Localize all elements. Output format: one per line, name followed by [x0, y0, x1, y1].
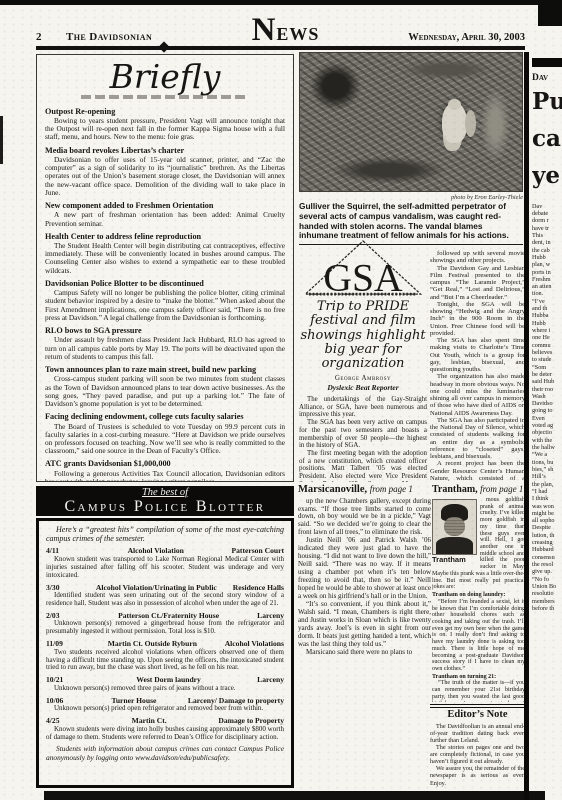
- blotter-entry: 3/30 Alcohol Violation/Urinating in Publ…: [46, 583, 284, 608]
- adjacent-headline-fragment: ca: [532, 121, 562, 158]
- newspaper-page: 2 The Davidsonian News Wednesday, April …: [0, 0, 562, 800]
- article-paragraph: The organization has also made headway i…: [430, 373, 525, 417]
- scan-edge-top: [0, 0, 562, 5]
- marsicanoville-body: up the new Chambers gallery, except duri…: [298, 498, 431, 657]
- paper-name: The Davidsonian: [66, 31, 216, 43]
- squirrel-photo: [299, 52, 523, 192]
- trantham-section: Trantham, from page 1 Trantham mous gold…: [432, 484, 525, 702]
- article-paragraph: We assure you, the remainder of the news…: [430, 765, 525, 786]
- story-title: Trantham,: [432, 484, 478, 495]
- scan-edge-corner: [538, 0, 562, 26]
- trantham-portrait: [432, 499, 477, 555]
- brief-body: The Student Health Center will begin dis…: [45, 242, 285, 275]
- editors-note: Editor’s Note The Davidfoolian is an ann…: [430, 704, 525, 788]
- brief-item: Media board revokes Libertas’s charter D…: [45, 146, 285, 197]
- from-page-label: from page 1: [370, 484, 413, 494]
- article-paragraph: Justin Neill ’06 and Patrick Walsh ’06 i…: [298, 537, 431, 601]
- blotter-description: Unknown person(s) removed a gingerbread …: [46, 620, 284, 636]
- article-paragraph: “Before I’m branded a sexist, let it be …: [432, 599, 525, 673]
- squirrel-figure: [442, 103, 467, 143]
- brief-item: Davidsonian Police Blotter to be discont…: [45, 279, 285, 322]
- gsa-article: GSA Trip to PRIDE festival and film show…: [299, 238, 427, 482]
- trantham-subhead: Trantham on doing laundry:: [432, 592, 525, 599]
- briefly-title: Briefly: [45, 60, 285, 94]
- trantham-caption: Trantham: [432, 555, 477, 564]
- brief-item: Health Center to address feline reproduc…: [45, 232, 285, 275]
- brief-body: Bowing to years student pressure, Presid…: [45, 117, 285, 142]
- adjacent-page-strip: Dav Pu ca ye Dav debate dorm r have tr T…: [532, 58, 562, 800]
- brief-body: Following a generous Activities Tax Coun…: [45, 470, 285, 482]
- blotter-title: Campus Police Blotter: [36, 499, 294, 515]
- article-paragraph: “It’s so convenient, if you think about …: [298, 601, 431, 649]
- brief-item: RLO bows to SGA pressure Under assault b…: [45, 326, 285, 361]
- blotter-entry: 10/06 Turner House Larceny/ Damage to pr…: [46, 696, 284, 713]
- continued-header: Trantham, from page 1: [432, 484, 525, 495]
- photo-credit: photo by Eron Earley-Thiele: [299, 194, 523, 201]
- blotter-description: Known students were diving into holly bu…: [46, 726, 284, 742]
- article-paragraph: up the new Chambers gallery, except duri…: [298, 498, 431, 538]
- article-paragraph: followed up with several movie showings …: [430, 250, 525, 265]
- blotter-intro: Here’s a “greatest hits” compilation of …: [46, 525, 284, 543]
- police-blotter-banner: The best of Campus Police Blotter: [36, 486, 294, 516]
- masthead: 2 The Davidsonian News Wednesday, April …: [36, 14, 525, 47]
- briefly-subtitle-illegible: [81, 95, 249, 99]
- adjacent-header-fragment: Dav: [532, 72, 562, 84]
- gsa-article-col2: followed up with several movie showings …: [430, 250, 525, 482]
- gsa-byline: George Ambrosy: [299, 374, 427, 382]
- shirt-figure: [436, 537, 473, 554]
- blotter-entry: 2/03 Patterson Ct./Fraternity House Larc…: [46, 611, 284, 636]
- brief-item: Outpost Re-opening Bowing to years stude…: [45, 107, 285, 142]
- gsa-article-col1: The undertakings of the Gay-Straight All…: [299, 396, 427, 482]
- blotter-description: Identified student was seen urinating ou…: [46, 592, 284, 608]
- story-title: Marsicanoville,: [298, 484, 367, 495]
- blotter-footer: Students with information about campus c…: [46, 745, 284, 762]
- adjacent-text-fragments: Dav debate dorm r have tr This dent, in …: [532, 203, 562, 613]
- from-page-label: from page 1: [480, 484, 523, 494]
- blotter-description: Known student was transported to Lake No…: [46, 556, 284, 580]
- masthead-rule: [36, 46, 525, 50]
- adjacent-headline-fragment: Pu: [532, 84, 562, 121]
- brief-body: Cross-campus student parking will soon b…: [45, 375, 285, 408]
- section-title: News: [216, 14, 355, 47]
- page-number: 2: [36, 31, 66, 43]
- article-paragraph: The stories on pages one and two are com…: [430, 744, 525, 765]
- blotter-entry: 4/11 Alcohol Violation Patterson Court K…: [46, 546, 284, 579]
- trantham-photo: Trantham: [432, 499, 477, 564]
- continued-header: Marsicanoville, from page 1: [298, 484, 431, 496]
- page-gutter: [524, 52, 529, 800]
- gsa-headline: Trip to PRIDE festival and film showings…: [299, 300, 427, 371]
- article-paragraph: The first meeting began with the adoptio…: [299, 450, 427, 482]
- brief-body: Campus Safety will no longer be publishi…: [45, 289, 285, 322]
- trantham-body: Trantham mous goldfish prank of animal c…: [432, 497, 525, 702]
- editors-note-title: Editor’s Note: [430, 709, 525, 722]
- brief-item: New component added to Freshmen Orientat…: [45, 201, 285, 228]
- adjacent-headline-fragment: ye: [532, 158, 562, 195]
- brief-body: Under assault by freshmen class Presiden…: [45, 336, 285, 361]
- blotter-entry: 11/09 Martin Ct. Outside Ryburn Alcohol …: [46, 639, 284, 672]
- blotter-description: Unknown person(s) pried open refrigerato…: [46, 705, 284, 713]
- svg-text:GSA: GSA: [323, 256, 403, 299]
- blotter-entry: 10/21 West Dorm laundry Larceny Unknown …: [46, 675, 284, 692]
- blotter-location: Larceny: [257, 675, 284, 684]
- brief-body: The Board of Trustees is scheduled to vo…: [45, 423, 285, 456]
- scan-mark-left: [0, 116, 3, 164]
- article-paragraph: The Davidson Gay and Lesbian Film Festiv…: [430, 265, 525, 301]
- article-paragraph: The SGA has also participated in the Nat…: [430, 417, 525, 461]
- article-paragraph: Marsicano said there were no plans to: [298, 649, 431, 657]
- article-paragraph: The SGA has been very active on campus f…: [299, 419, 427, 450]
- face-figure: [444, 517, 465, 536]
- blotter-description: Unknown person(s) removed three pairs of…: [46, 685, 284, 693]
- brief-heading: Facing declining endowment, college cuts…: [45, 412, 285, 422]
- brief-body: Davidsonian to offer uses of 15-year old…: [45, 156, 285, 197]
- editors-note-body: The Davidfoolian is an annual end-of-yea…: [430, 723, 525, 787]
- marsicanoville-section: Marsicanoville, from page 1 up the new C…: [298, 484, 431, 790]
- article-paragraph: A recent project has been the Gender Res…: [430, 460, 525, 482]
- gsa-byline-title: Dyslexic Beat Reporter: [299, 383, 427, 392]
- article-paragraph: “The truth of the matter is—if you can r…: [432, 680, 525, 702]
- article-paragraph: The Davidfoolian is an annual end-of-yea…: [430, 723, 525, 744]
- issue-date: Wednesday, April 30, 2003: [355, 32, 525, 43]
- article-paragraph: Tonight, the SGA will be showing “Hedwig…: [430, 301, 525, 337]
- blotter-description: Two students received alcohol violations…: [46, 649, 284, 673]
- article-paragraph: The SGA has also spent time making visit…: [430, 337, 525, 373]
- article-paragraph: The undertakings of the Gay-Straight All…: [299, 396, 427, 419]
- brief-item: Facing declining endowment, college cuts…: [45, 412, 285, 455]
- brief-item: Town announces plan to raze main street,…: [45, 365, 285, 408]
- adjacent-rule: [532, 58, 562, 67]
- briefly-section: Briefly Outpost Re-opening Bowing to yea…: [36, 54, 294, 482]
- brief-body: A new part of freshman orientation has b…: [45, 211, 285, 227]
- police-blotter-box: Here’s a “greatest hits” compilation of …: [36, 518, 294, 788]
- gsa-logo-icon: GSA: [300, 238, 426, 298]
- blotter-entry: 4/25 Martin Ct. Damage to Property Known…: [46, 716, 284, 741]
- bottom-rule: [44, 791, 545, 800]
- brief-item: ATC grants Davidsonian $1,000,000 Follow…: [45, 459, 285, 482]
